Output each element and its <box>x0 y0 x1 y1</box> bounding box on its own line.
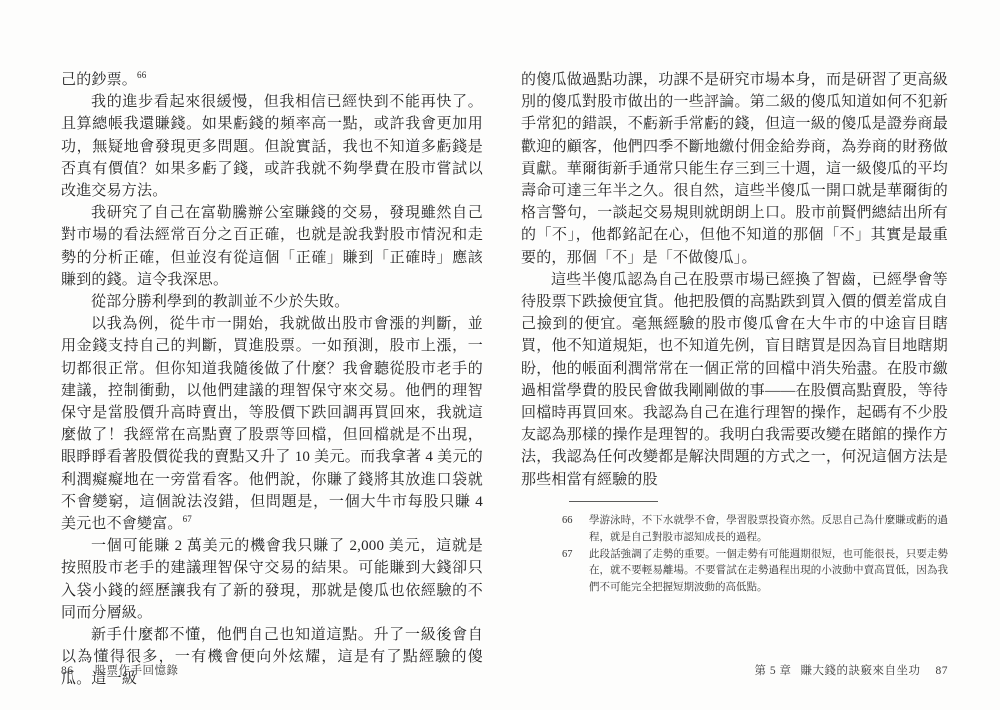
paragraph: 從部分勝利學到的教訓並不少於失敗。 <box>61 291 483 313</box>
footnote-number: 67 <box>562 547 589 597</box>
footnote-separator-rule <box>569 501 658 502</box>
paragraph: 這些半傻瓜認為自己在股票市場已經換了智齒，已經學會等待股票下跌撿便宜貨。他把股價… <box>521 269 948 491</box>
paragraph: 的傻瓜做過點功課，功課不是研究市場本身，而是研習了更高級別的傻瓜對股市做出的一些… <box>521 69 948 269</box>
left-page-text-column: 己的鈔票。66我的進步看起來很緩慢，但我相信已經快到不能再快了。且算總帳我還賺錢… <box>61 69 483 691</box>
paragraph: 以我為例，從牛市一開始，我就做出股市會漲的判斷，並用金錢支持自己的判斷，買進股票… <box>61 313 483 535</box>
paragraph: 己的鈔票。66 <box>61 69 483 91</box>
footnote-reference: 66 <box>137 70 146 80</box>
footnote-item: 66學游泳時，不下水就學不會，學習股票投資亦然。反思自己為什麼賺或虧的過程，就是… <box>562 513 948 547</box>
paragraph: 新手什麼都不懂，他們自己也知道這點。升了一級後會自以為懂得很多，一有機會便向外炫… <box>61 624 483 691</box>
left-page-number: 86 <box>61 665 74 677</box>
paragraph: 我研究了自己在富勒騰辦公室賺錢的交易，發現雖然自己對市場的看法經常百分之百正確，… <box>61 202 483 291</box>
paragraph: 一個可能賺 2 萬美元的機會我只賺了 2,000 美元，這就是按照股市老手的建議… <box>61 535 483 624</box>
footnote-text: 學游泳時，不下水就學不會，學習股票投資亦然。反思自己為什麼賺或虧的過程，就是自己… <box>589 513 948 547</box>
footnote-reference: 67 <box>183 514 192 524</box>
left-page-footer: 86股票作手回憶錄 <box>61 662 179 678</box>
right-page-number: 87 <box>936 665 949 677</box>
footnote-item: 67此段話強調了走勢的重要。一個走勢有可能週期很短，也可能很長，只要走勢在，就不… <box>562 547 948 597</box>
chapter-title: 賺大錢的訣竅來自坐功 <box>801 665 921 677</box>
footnote-text: 此段話強調了走勢的重要。一個走勢有可能週期很短，也可能很長，只要走勢在，就不要輕… <box>589 547 948 597</box>
chapter-label: 第 5 章 <box>755 665 792 677</box>
running-title: 股票作手回憶錄 <box>95 665 179 677</box>
footnote-number: 66 <box>562 513 589 547</box>
paragraph: 我的進步看起來很緩慢，但我相信已經快到不能再快了。且算總帳我還賺錢。如果虧錢的頻… <box>61 91 483 202</box>
right-page-footer: 第 5 章賺大錢的訣竅來自坐功87 <box>755 662 949 678</box>
right-page-text-column: 的傻瓜做過點功課，功課不是研究市場本身，而是研習了更高級別的傻瓜對股市做出的一些… <box>521 69 948 491</box>
footnotes-block: 66學游泳時，不下水就學不會，學習股票投資亦然。反思自己為什麼賺或虧的過程，就是… <box>562 501 948 597</box>
